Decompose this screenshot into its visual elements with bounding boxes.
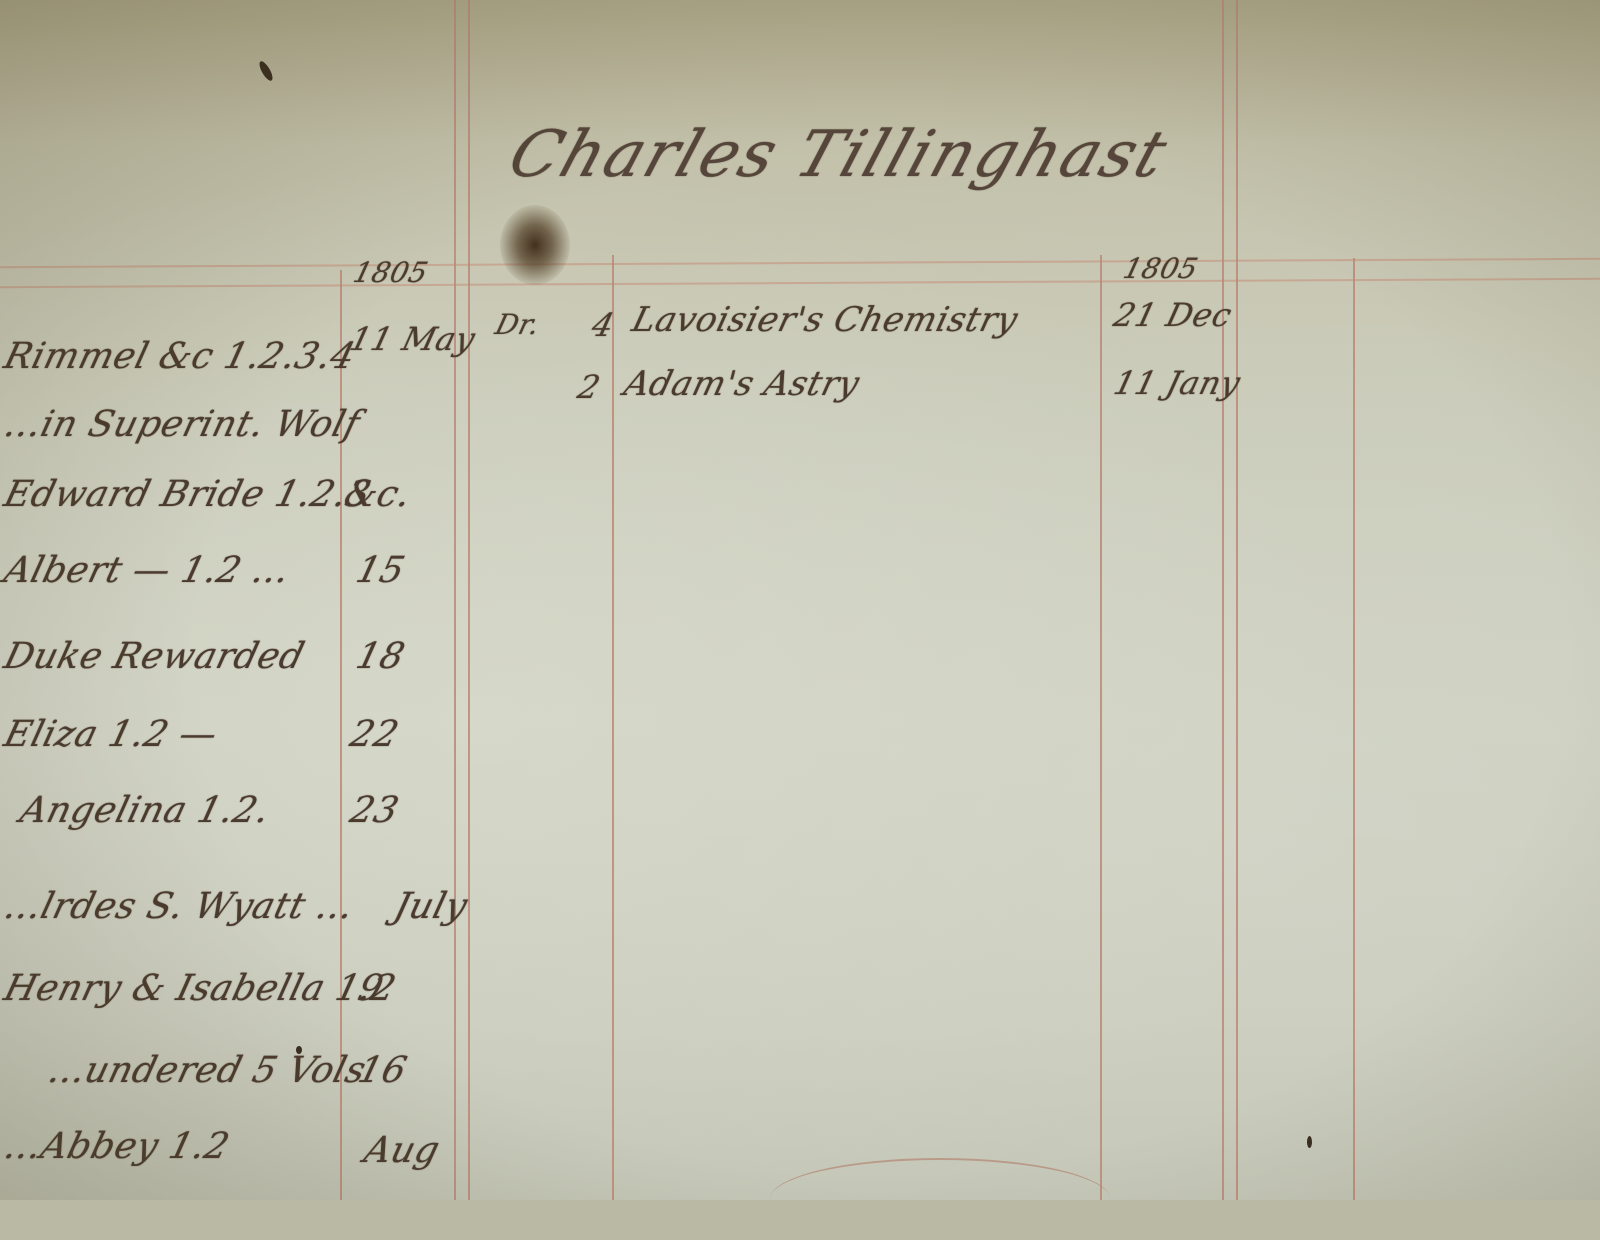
left-entry-8-date: July <box>390 886 472 927</box>
account-holder-name: Charles Tillinghast <box>500 118 1177 192</box>
column-rule-2 <box>468 0 470 1200</box>
column-rule-returned <box>1100 255 1102 1200</box>
ledger-page: Charles Tillinghast 1805 1805 Dr. 11 May… <box>0 0 1600 1200</box>
debit-label: Dr. <box>492 308 543 341</box>
left-entry-3-date: &c. <box>340 474 415 515</box>
left-entry-11-date: Aug <box>360 1130 444 1171</box>
left-entry-7: Angelina 1.2. <box>16 790 274 831</box>
header-rule-top <box>0 258 1600 268</box>
left-entry-5-date: 18 <box>352 636 409 677</box>
year-header-left: 1805 <box>350 256 431 289</box>
left-entry-11: …Abbey 1.2 <box>0 1126 234 1167</box>
left-entry-4: Albert — 1.2 … <box>0 550 294 591</box>
left-entry-10-date: 16 <box>354 1050 411 1091</box>
left-entry-10: …undered 5 Vols <box>44 1050 370 1091</box>
column-rule-1 <box>454 0 456 1200</box>
column-rule-vols <box>612 255 614 1200</box>
ink-speck <box>257 59 275 82</box>
ledger-row-2-title: Adam's Astry <box>620 364 864 404</box>
left-entry-6: Eliza 1.2 — <box>0 714 222 755</box>
left-entry-6-date: 22 <box>346 714 403 755</box>
year-header-right: 1805 <box>1120 252 1201 285</box>
column-rule-right <box>1353 258 1355 1200</box>
ledger-row-1-title: Lavoisier's Chemistry <box>628 300 1022 340</box>
ink-speck <box>1307 1136 1312 1148</box>
ink-stain <box>500 205 570 285</box>
ledger-row-1-date: 11 May <box>346 320 479 358</box>
left-entry-9: Henry & Isabella 1.2 <box>0 968 400 1009</box>
column-rule-3 <box>1222 0 1224 1200</box>
header-rule-bottom <box>0 278 1600 288</box>
ledger-row-2-vols: 2 <box>574 368 604 406</box>
left-entry-3: Edward Bride 1.2.3 <box>0 474 375 515</box>
left-entry-8: …lrdes S. Wyatt … <box>0 886 358 927</box>
left-entry-4-date: 15 <box>352 550 409 591</box>
left-entry-7-date: 23 <box>346 790 403 831</box>
left-entry-2: …in Superint. Wolf <box>0 404 364 445</box>
ledger-row-1-returned: 21 Dec <box>1110 296 1236 334</box>
ledger-row-2-returned: 11 Jany <box>1110 364 1244 402</box>
decorative-curve <box>770 1158 1110 1200</box>
left-entry-1: Rimmel &c 1.2.3.4 <box>0 336 359 377</box>
left-entry-5: Duke Rewarded <box>0 636 309 677</box>
column-rule-4 <box>1236 0 1238 1200</box>
